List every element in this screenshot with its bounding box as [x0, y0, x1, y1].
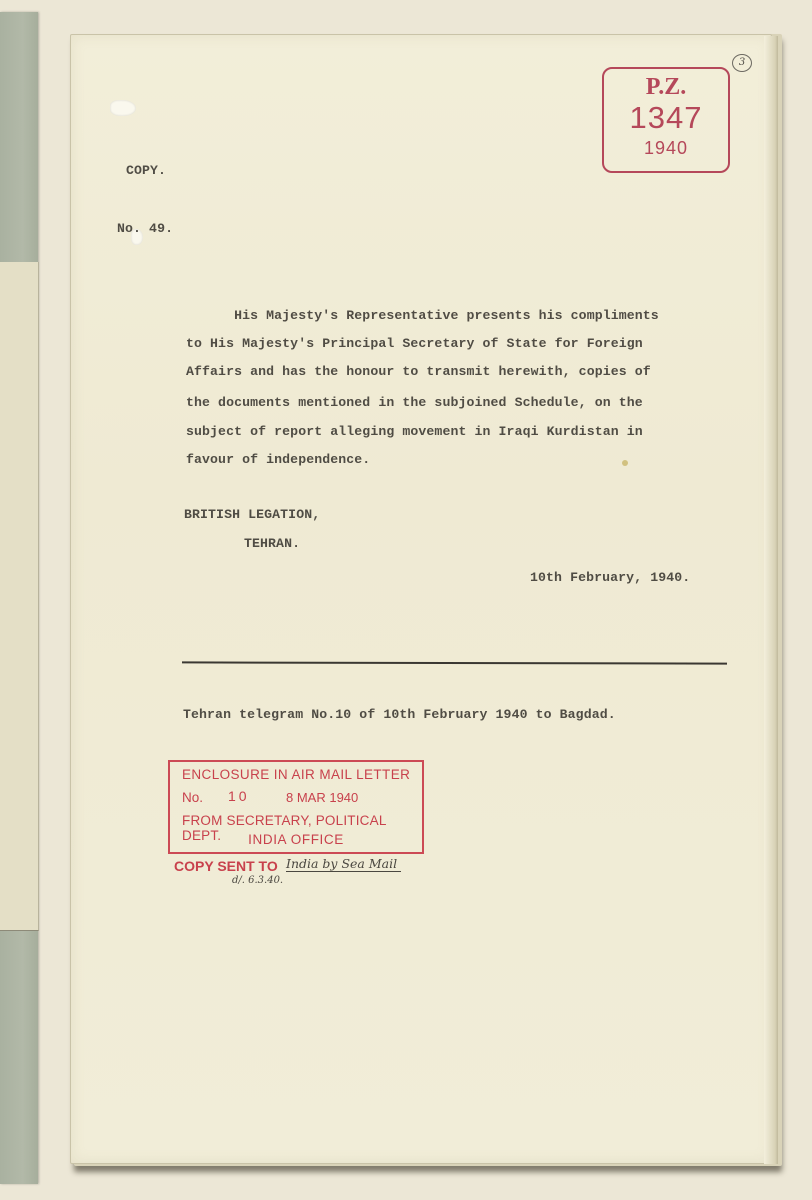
enclosure-no-label: No. [182, 790, 203, 805]
body-line: to His Majesty's Principal Secretary of … [186, 336, 643, 351]
handwritten-destination: India by Sea Mail [286, 856, 401, 872]
document-number: No. 49. [117, 221, 173, 236]
handwritten-date: d/. 6.3.40. [232, 875, 283, 886]
copy-sent-stamp: COPY SENT TO [174, 858, 278, 874]
pz-label: P.Z. [604, 75, 728, 99]
enclosure-title: ENCLOSURE IN AIR MAIL LETTER [182, 767, 410, 782]
document-page [70, 34, 772, 1164]
schedule-item: Tehran telegram No.10 of 10th February 1… [183, 707, 616, 722]
paper-stain [622, 460, 628, 466]
body-line: subject of report alleging movement in I… [186, 424, 643, 439]
enclosure-stamp: ENCLOSURE IN AIR MAIL LETTER No. 10 8 MA… [168, 760, 424, 854]
body-line: the documents mentioned in the subjoined… [186, 395, 643, 410]
copy-label: COPY. [126, 163, 166, 178]
paper-stack-edge [764, 36, 778, 1164]
folio-number: 3 [732, 54, 752, 72]
sender-line-1: BRITISH LEGATION, [184, 507, 320, 522]
enclosure-date: 8 MAR 1940 [286, 790, 358, 805]
sender-line-2: TEHRAN. [244, 536, 300, 551]
punch-hole [110, 100, 136, 116]
enclosure-no-value: 10 [228, 788, 250, 804]
enclosure-office: INDIA OFFICE [170, 832, 422, 847]
document-date: 10th February, 1940. [530, 570, 690, 585]
pz-registry-stamp: P.Z. 1347 1940 [602, 67, 730, 173]
pz-number: 1347 [604, 101, 728, 135]
background-underlying-page [0, 262, 39, 931]
body-line: favour of independence. [186, 452, 370, 467]
body-line: His Majesty's Representative presents hi… [186, 308, 659, 323]
pz-year: 1940 [604, 137, 728, 159]
body-line: Affairs and has the honour to transmit h… [186, 364, 651, 379]
